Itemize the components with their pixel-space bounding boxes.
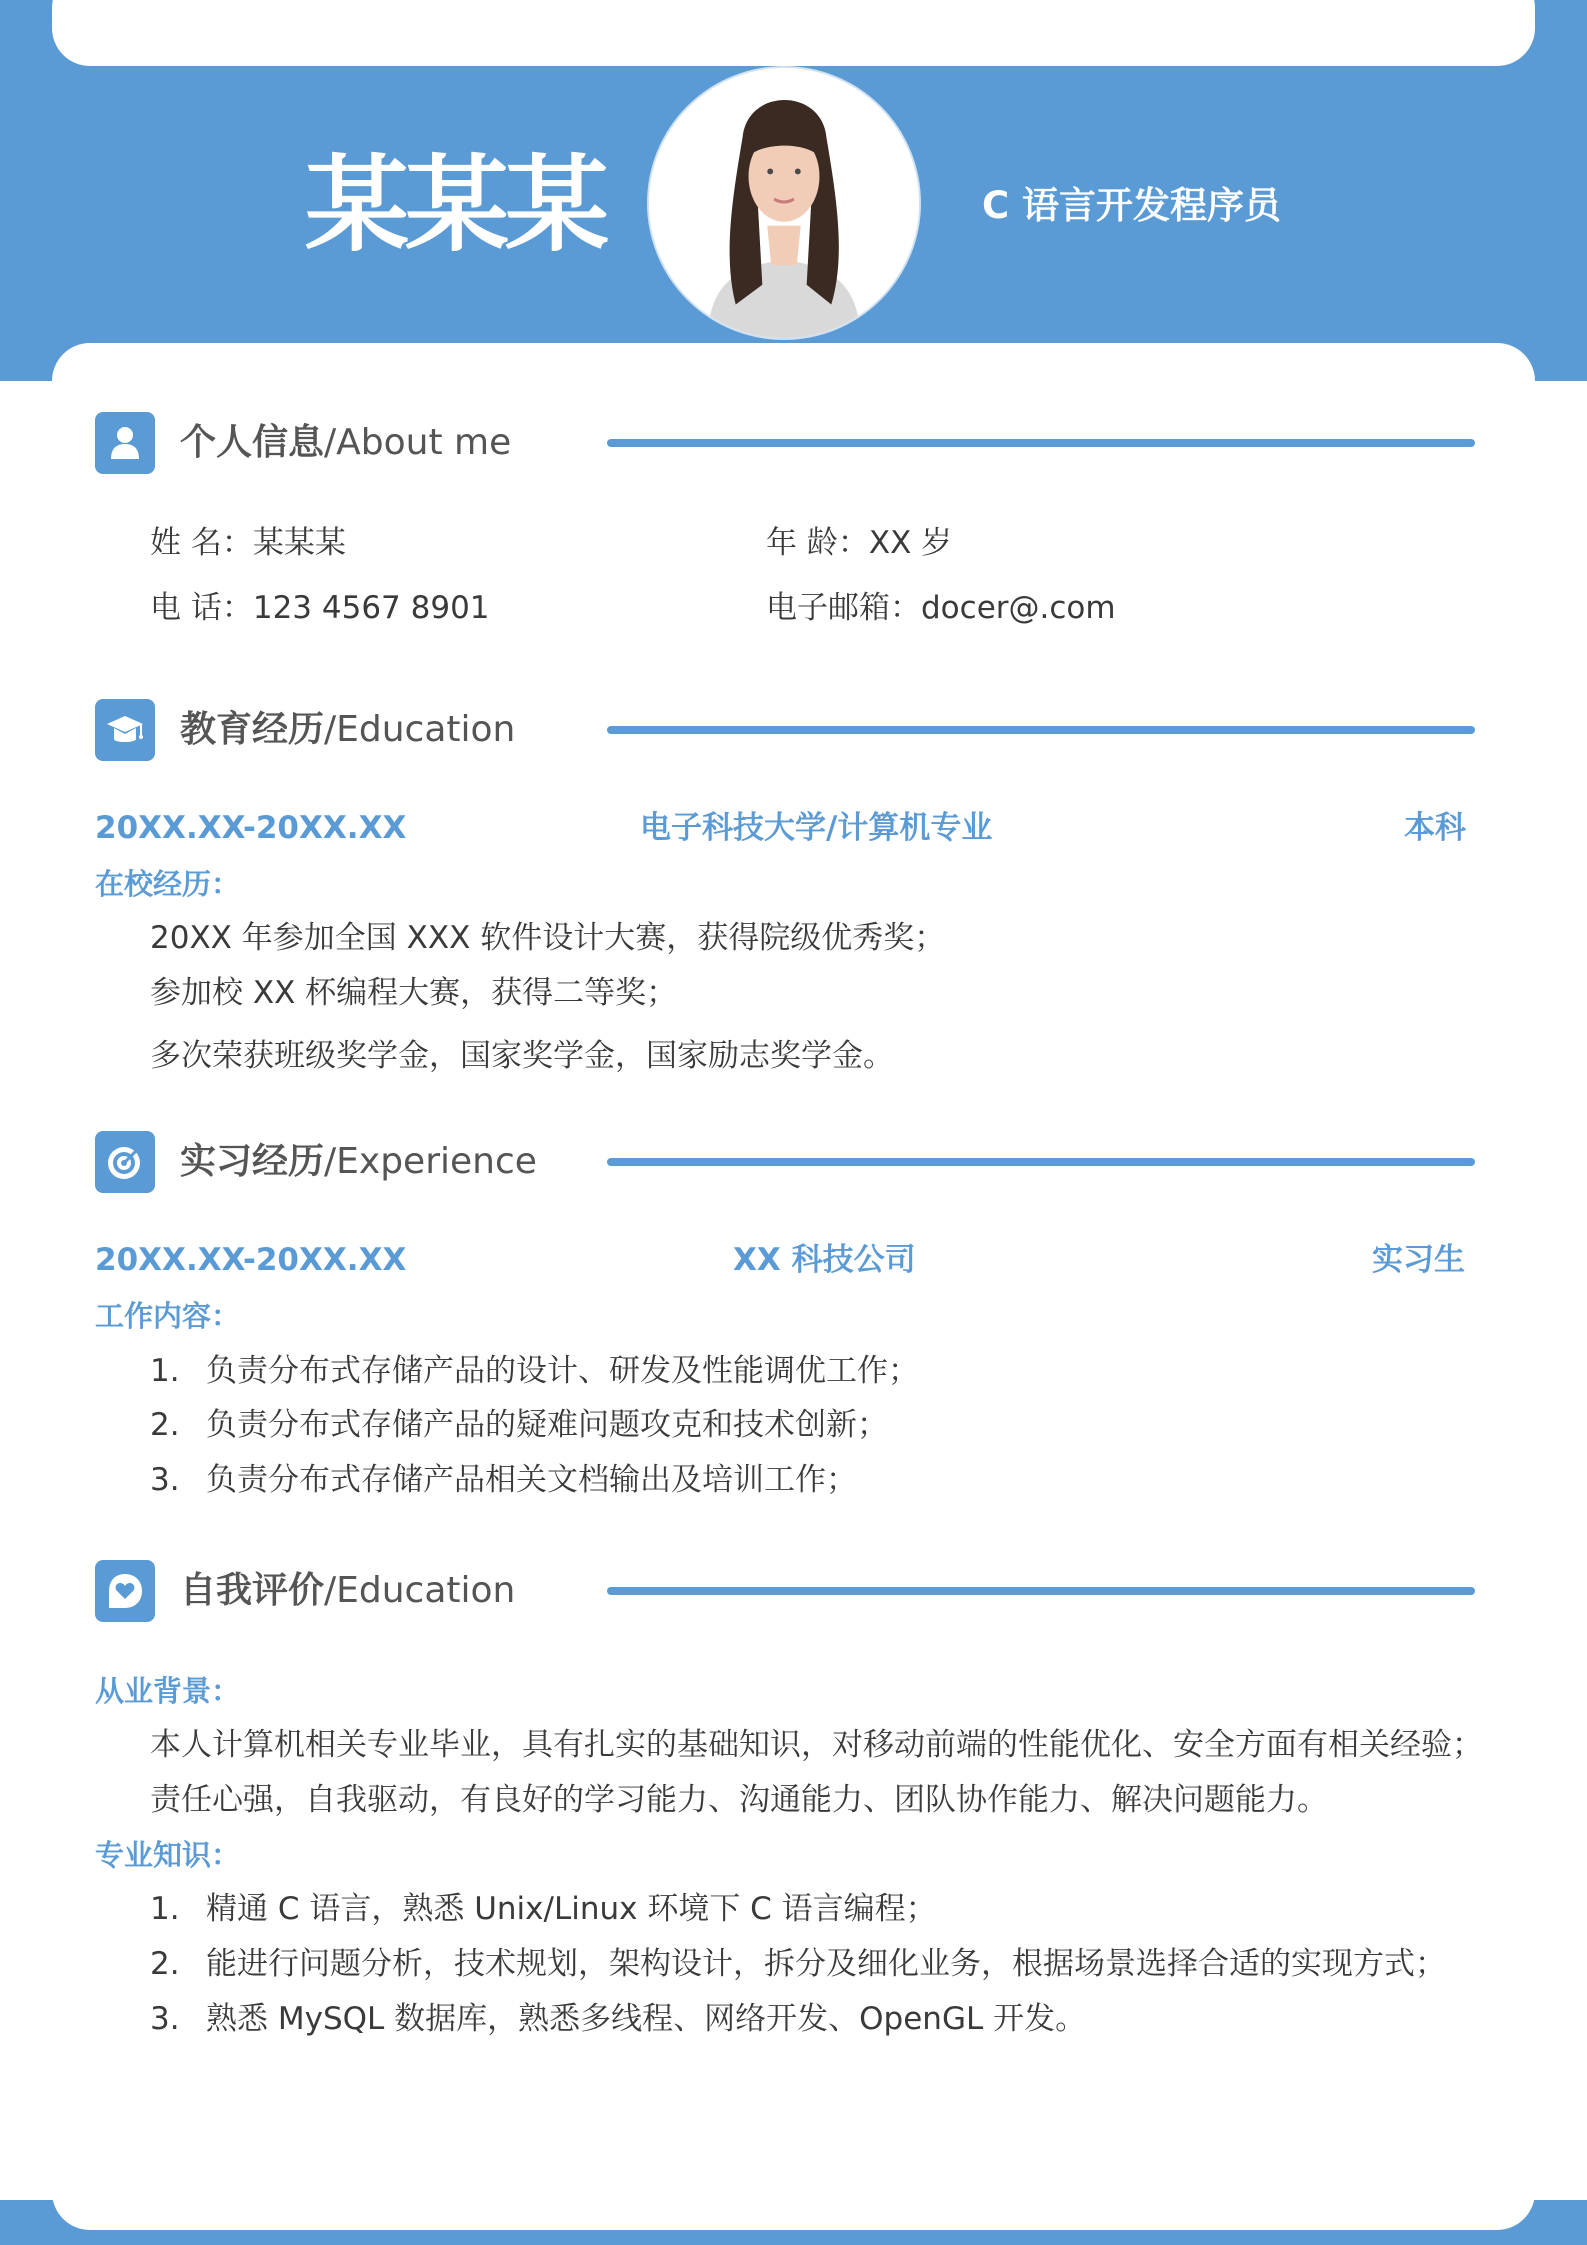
section-divider: [607, 439, 1475, 447]
education-item: 20XX 年参加全国 XXX 软件设计大赛，获得院级优秀奖；: [150, 918, 945, 958]
experience-period: 20XX.XX-20XX.XX: [95, 1240, 406, 1280]
experience-subtitle: 工作内容：: [95, 1296, 240, 1336]
person-icon: [95, 412, 155, 474]
section-title: 自我评价/Education: [180, 1568, 515, 1614]
education-item: 多次荣获班级奖学金，国家奖学金，国家励志奖学金。: [150, 1036, 894, 1076]
candidate-name: 某某某: [300, 140, 610, 270]
target-icon: [95, 1131, 155, 1193]
experience-company: XX 科技公司: [733, 1240, 916, 1280]
education-subtitle: 在校经历：: [95, 864, 240, 904]
background-subtitle: 从业背景：: [95, 1671, 240, 1711]
background-line: 责任心强，自我驱动，有良好的学习能力、沟通能力、团队协作能力、解决问题能力。: [150, 1780, 1328, 1820]
skills-subtitle: 专业知识：: [95, 1835, 240, 1875]
experience-item: 3.负责分布式存储产品相关文档输出及培训工作；: [150, 1460, 857, 1500]
section-title: 教育经历/Education: [180, 707, 515, 753]
education-period: 20XX.XX-20XX.XX: [95, 808, 406, 848]
skill-item: 2.能进行问题分析，技术规划，架构设计，拆分及细化业务，根据场景选择合适的实现方…: [150, 1944, 1446, 1984]
portrait-image: [649, 68, 919, 338]
section-self-eval-header: 自我评价/Education: [95, 1560, 1475, 1622]
field-name: 姓 名：某某某: [150, 523, 346, 563]
experience-role: 实习生: [1372, 1240, 1465, 1280]
skill-item: 1.精通 C 语言，熟悉 Unix/Linux 环境下 C 语言编程；: [150, 1889, 937, 1929]
graduation-cap-icon: [95, 699, 155, 761]
background-line: 本人计算机相关专业毕业，具有扎实的基础知识，对移动前端的性能优化、安全方面有相关…: [150, 1725, 1483, 1765]
field-email: 电子邮箱：docer@.com: [766, 588, 1116, 628]
experience-item: 1.负责分布式存储产品的设计、研发及性能调优工作；: [150, 1351, 919, 1391]
heart-chat-icon: [95, 1560, 155, 1622]
section-divider: [607, 1587, 1475, 1595]
education-school: 电子科技大学/计算机专业: [640, 808, 992, 848]
job-title: C 语言开发程序员: [982, 184, 1281, 228]
education-degree: 本科: [1404, 808, 1466, 848]
section-about-header: 个人信息/About me: [95, 412, 1475, 474]
field-age: 年 龄：XX 岁: [766, 523, 952, 563]
section-education-header: 教育经历/Education: [95, 699, 1475, 761]
top-decor-pill: [52, 0, 1535, 66]
section-title: 实习经历/Experience: [180, 1139, 537, 1185]
education-item: 参加校 XX 杯编程大赛，获得二等奖；: [150, 973, 677, 1013]
field-phone: 电 话：123 4567 8901: [150, 588, 490, 628]
avatar-photo: [647, 66, 921, 340]
skill-item: 3.熟悉 MySQL 数据库，熟悉多线程、网络开发、OpenGL 开发。: [150, 1999, 1086, 2039]
section-divider: [607, 726, 1475, 734]
section-experience-header: 实习经历/Experience: [95, 1131, 1475, 1193]
experience-item: 2.负责分布式存储产品的疑难问题攻克和技术创新；: [150, 1405, 888, 1445]
section-title: 个人信息/About me: [180, 420, 511, 466]
section-divider: [607, 1158, 1475, 1166]
